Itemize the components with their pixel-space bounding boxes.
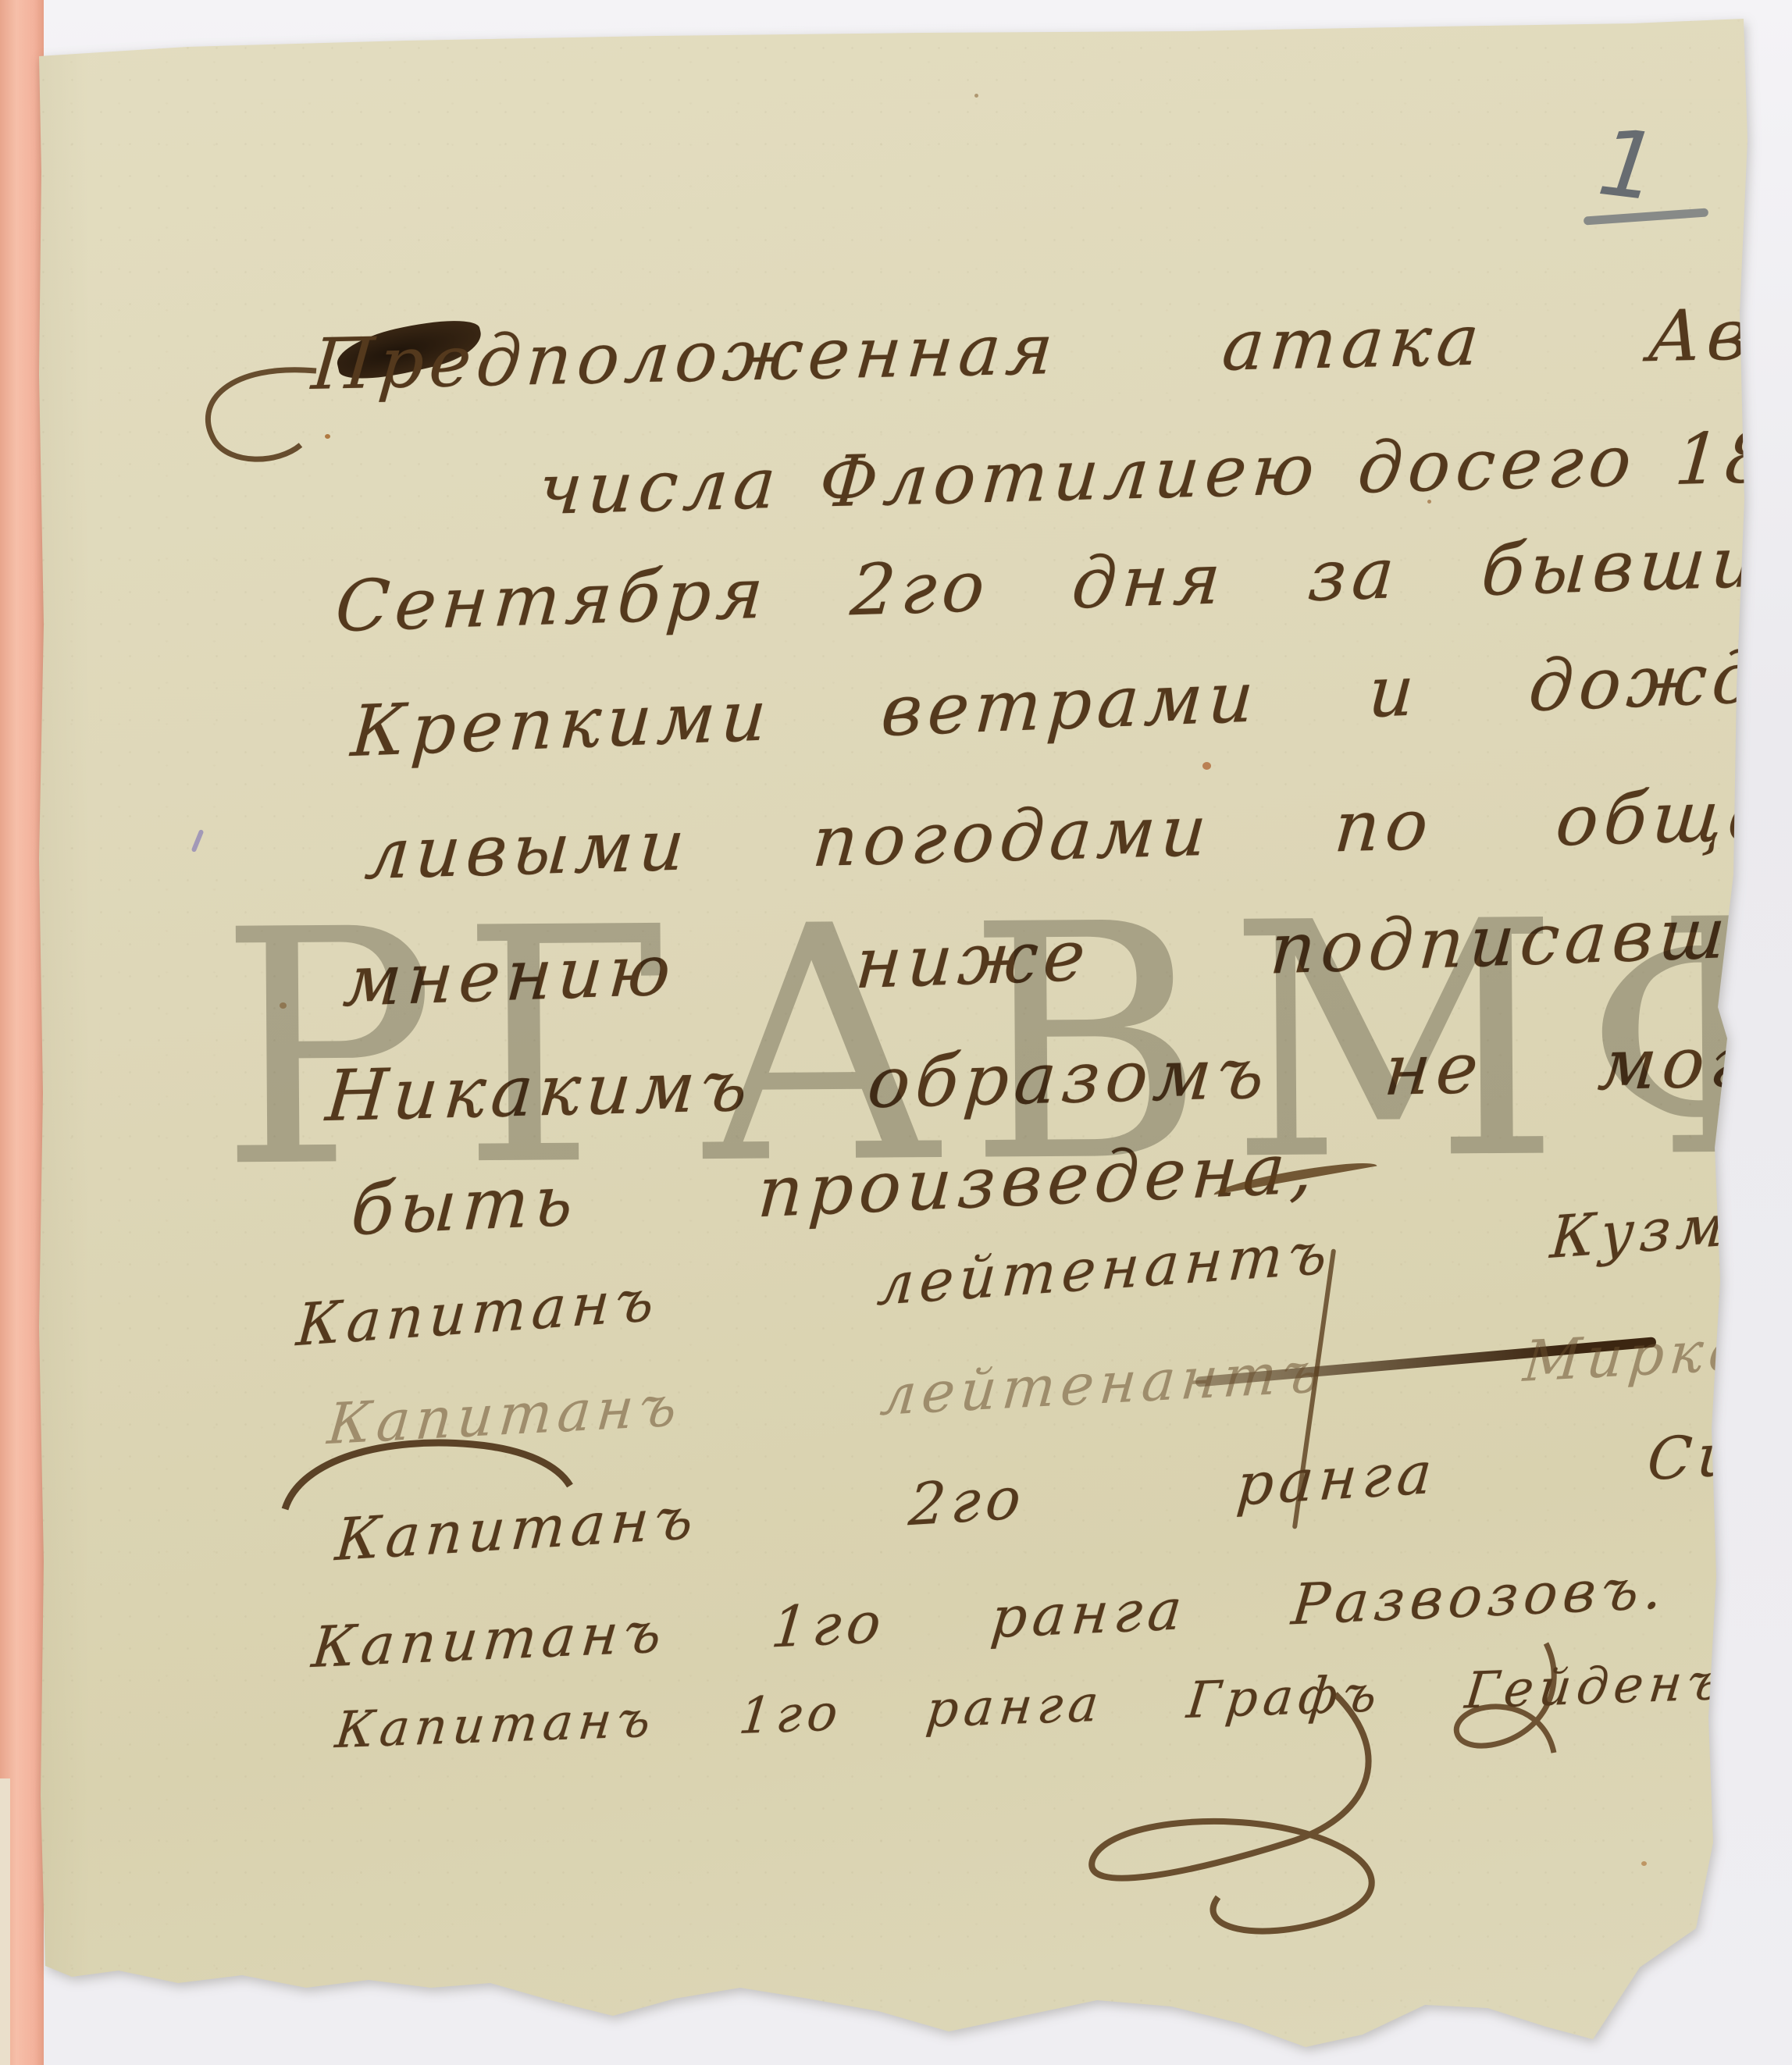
foxing-spot [974,94,978,98]
manuscript-page: Предположенная атака Августа числа Флоти… [0,0,1792,2065]
scanner-background: Предположенная атака Августа числа Флоти… [0,0,1792,2065]
foxing-spot [1202,762,1211,770]
opening-flourish [183,355,332,472]
signature-flourish [960,1663,1421,1952]
pencil-page-number: 1 [1593,108,1664,222]
archive-watermark: РГАВМФ [218,877,1792,1212]
manuscript-line: Предположенная атака Августа [309,288,1792,406]
manuscript-line: числа Флотилиею досего 1813. Года [536,407,1792,531]
manuscript-line: Сентября 2го дня за бывшими [333,518,1792,648]
manuscript-line: Крепкими ветрами и дожд- [349,636,1792,773]
foxing-spot [1641,1861,1647,1866]
ink-smudge [191,829,205,853]
paper-shadow: Предположенная атака Августа числа Флоти… [0,0,1792,2065]
